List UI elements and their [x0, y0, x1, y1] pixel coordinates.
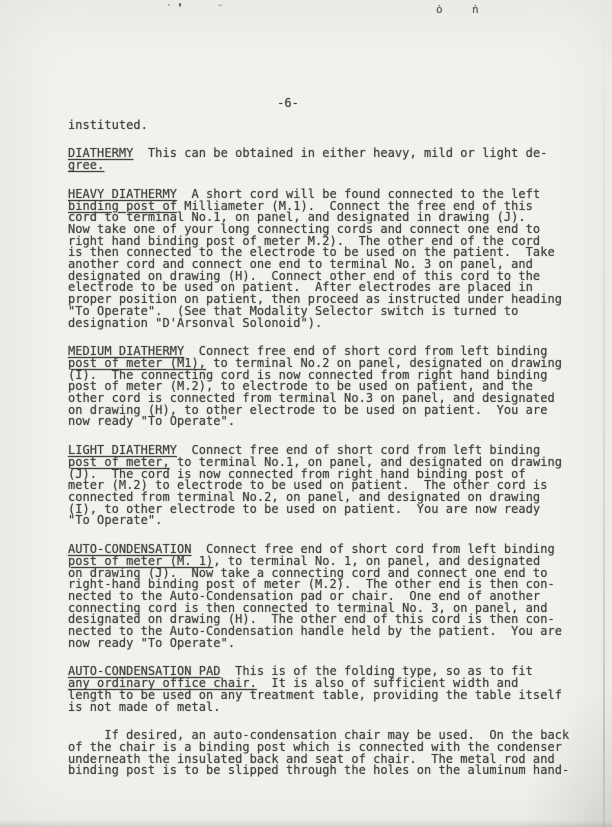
- ink-mark-n: ṅ: [472, 4, 479, 16]
- bottom-edge-shadow: [0, 820, 612, 827]
- text-line: instituted.: [68, 120, 586, 132]
- paragraph: HEAVY DIATHERMY A short cord will be fou…: [68, 189, 586, 329]
- paragraph: AUTO-CONDENSATION PAD This is of the fol…: [68, 666, 586, 713]
- ink-dot: ·: [166, 1, 171, 13]
- text-segment: "To Operate".: [68, 513, 162, 527]
- text-segment: now ready "To Operate".: [68, 636, 235, 650]
- paragraph: If desired, an auto-condensation chair m…: [68, 730, 586, 777]
- paragraph: DIATHERMY This can be obtained in either…: [68, 148, 586, 171]
- paragraph: instituted.: [68, 120, 586, 132]
- text-line: "To Operate".: [68, 515, 586, 527]
- text-line: now ready "To Operate".: [68, 638, 586, 650]
- text-line: gree.: [68, 160, 586, 172]
- paragraph: AUTO-CONDENSATION Connect free end of sh…: [68, 544, 586, 649]
- paragraphs-container: instituted.DIATHERMY This can be obtaine…: [68, 120, 586, 777]
- text-line: DIATHERMY This can be obtained in either…: [68, 148, 586, 160]
- paragraph: LIGHT DIATHERMY Connect free end of shor…: [68, 445, 586, 527]
- corner-shade: [522, 687, 612, 827]
- text-segment: This can be obtained in either heavy, mi…: [133, 146, 547, 160]
- underlined-text: gree.: [68, 158, 104, 172]
- text-segment: binding post is to be slipped through th…: [68, 763, 569, 777]
- text-segment: now ready "To Operate".: [68, 414, 235, 428]
- ink-blot: ❜: [176, 4, 184, 16]
- paragraph: MEDIUM DIATHERMY Connect free end of sho…: [68, 346, 586, 428]
- text-segment: designation "D'Arsonval Solonoid").: [68, 316, 322, 330]
- page-number: -6-: [68, 98, 508, 110]
- text-line: binding post is to be slipped through th…: [68, 765, 586, 777]
- ink-smudge: ˜: [217, 4, 224, 16]
- text-segment: instituted.: [68, 118, 148, 132]
- text-line: now ready "To Operate".: [68, 416, 586, 428]
- ink-mark-o: ȯ: [436, 4, 443, 16]
- text-line: is not made of metal.: [68, 702, 586, 714]
- scanned-document-page: ·❜˜ȯṅ -6- instituted.DIATHERMY This can …: [0, 0, 612, 827]
- text-line: designation "D'Arsonval Solonoid").: [68, 318, 586, 330]
- text-segment: is not made of metal.: [68, 700, 221, 714]
- document-body: -6- instituted.DIATHERMY This can be obt…: [68, 98, 586, 777]
